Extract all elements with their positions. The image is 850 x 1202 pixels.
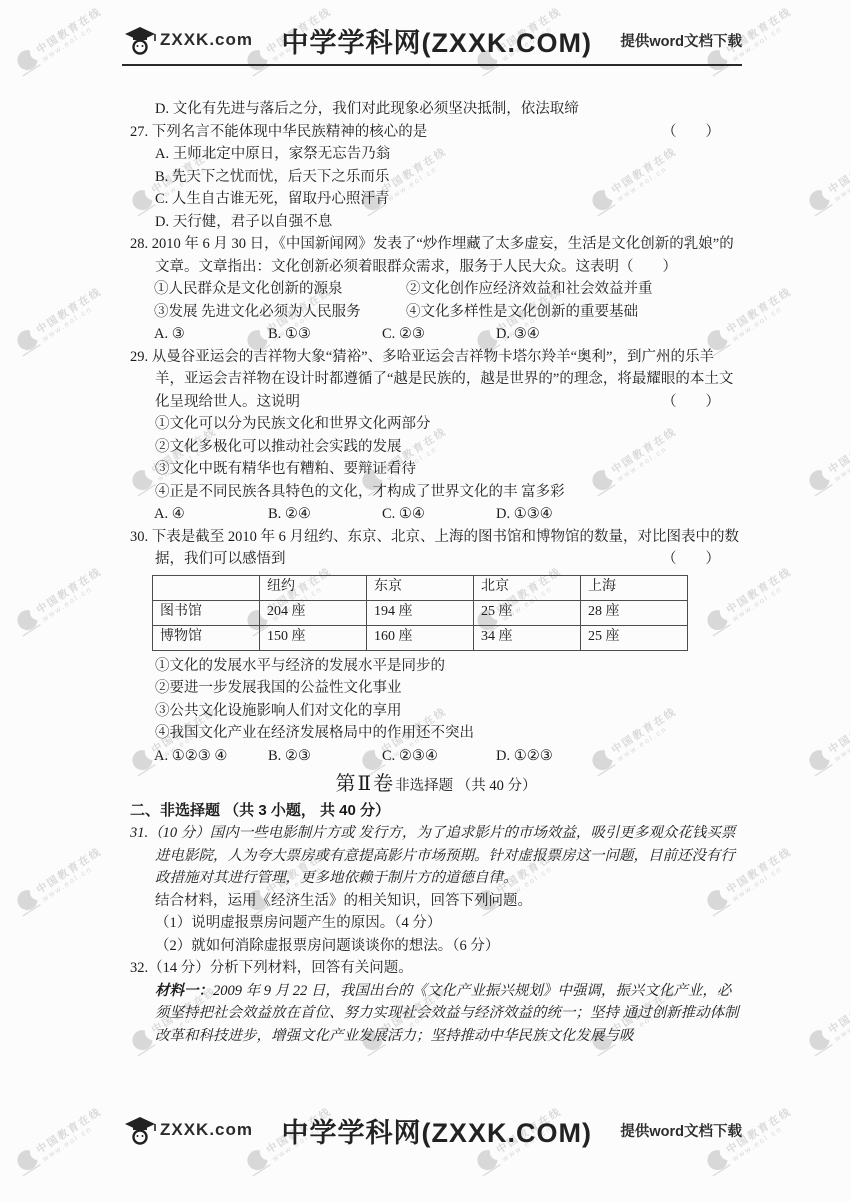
q30-answer-bracket: （ ） (662, 548, 720, 571)
watermark-brand-text: 中国教育在线 (827, 426, 850, 476)
eol-watermark: 中国教育在线www.eol.cn (802, 982, 850, 1058)
q30-answers: A. ①②③ ④ B. ②③ C. ②③④ D. ①②③ (130, 745, 742, 768)
q27-stem: 27. 下列名言不能体现中华民族精神的核心的是（ ） (130, 121, 742, 144)
library-museum-table: 纽约 东京 北京 上海 图书馆 204 座 194 座 25 座 28 座 博物… (152, 575, 688, 651)
eol-watermark: 中国教育在线www.eol.cn (10, 1102, 109, 1178)
table-cell: 150 座 (260, 625, 367, 650)
graduation-cap-icon (122, 1114, 158, 1146)
watermark-url-text: www.eol.cn (833, 996, 850, 1043)
site-title-footer: 中学学科网(ZXXK.COM) (253, 1111, 620, 1150)
zxxk-logo-text: ZXXK.com (160, 30, 253, 50)
table-cell: 25 座 (581, 625, 688, 650)
q31-paragraph: 31.（10 分）国内一些电影制片方或 发行方，为了追求影片的市场效益，吸引更多… (130, 822, 742, 890)
q28-item-4: ④文化多样性是文化创新的重要基础 (406, 301, 742, 324)
q28-items-row-1: ①人民群众是文化创新的源泉 ②文化创作应经济效益和社会效益并重 (130, 278, 742, 301)
q30-item-4: ④我国文化产业在经济发展格局中的作用还不突出 (130, 722, 742, 745)
watermark-url-text: www.eol.cn (41, 856, 108, 903)
q29-answer-b: B. ②④ (268, 503, 382, 526)
table-cell: 204 座 (260, 600, 367, 625)
table-header-cell: 纽约 (260, 575, 367, 600)
q28-answers: A. ③ B. ①③ C. ②③ D. ③④ (130, 323, 742, 346)
q30-stem: 30. 下表是截至 2010 年 6 月纽约、东京、北京、上海的图书馆和博物馆的… (130, 526, 742, 571)
watermark-brand-text: 中国教育在线 (35, 846, 104, 896)
table-row: 博物馆 150 座 160 座 34 座 25 座 (153, 625, 688, 650)
eol-watermark: 中国教育在线www.eol.cn (802, 142, 850, 218)
q28-answer-c: C. ②③ (382, 323, 496, 346)
q29-answers: A. ④ B. ②④ C. ①④ D. ①③④ (130, 503, 742, 526)
q27-answer-bracket: （ ） (662, 121, 720, 144)
watermark-url-text: www.eol.cn (833, 436, 850, 483)
page-header: ZXXK.com 中学学科网(ZXXK.COM) 提供word文档下载 (122, 16, 742, 66)
table-cell: 博物馆 (153, 625, 260, 650)
q27-option-b: B. 先天下之忧而忧，后天下之乐而乐 (130, 166, 742, 189)
site-title: 中学学科网(ZXXK.COM) (253, 21, 620, 60)
eol-watermark: 中国教育在线www.eol.cn (10, 2, 109, 78)
zxxk-logo-footer: ZXXK.com (122, 1114, 253, 1146)
table-cell: 194 座 (367, 600, 474, 625)
eol-logo-icon (10, 325, 43, 358)
q29-answer-d: D. ①③④ (496, 503, 553, 526)
graduation-cap-icon (122, 24, 158, 56)
q32-stem: 32.（14 分）分析下列材料，回答有关问题。 (130, 957, 742, 980)
q27-option-d: D. 天行健，君子以自强不息 (130, 211, 742, 234)
zxxk-logo-text: ZXXK.com (160, 1120, 253, 1140)
section2-subheading: 二、非选择题 （共 3 小题， 共 40 分） (130, 800, 742, 823)
eol-logo-icon (802, 745, 835, 778)
watermark-brand-text: 中国教育在线 (827, 706, 850, 756)
q27-option-c: C. 人生自古谁无死，留取丹心照汗青 (130, 188, 742, 211)
table-cell: 25 座 (474, 600, 581, 625)
table-cell: 图书馆 (153, 600, 260, 625)
q29-answer-bracket: （ ） (662, 391, 720, 414)
table-header-cell: 东京 (367, 575, 474, 600)
watermark-url-text: www.eol.cn (41, 16, 108, 63)
watermark-url-text: www.eol.cn (41, 576, 108, 623)
eol-watermark: 中国教育在线www.eol.cn (802, 422, 850, 498)
eol-watermark: 中国教育在线www.eol.cn (10, 562, 109, 638)
q28-stem: 28. 2010 年 6 月 30 日，《中国新闻网》发表了“炒作埋藏了太多虚妄… (130, 233, 742, 278)
q29-item-3: ③文化中既有精华也有糟粕、要辩证看待 (130, 458, 742, 481)
q30-item-1: ①文化的发展水平与经济的发展水平是同步的 (130, 655, 742, 678)
eol-watermark: 中国教育在线www.eol.cn (802, 702, 850, 778)
watermark-brand-text: 中国教育在线 (35, 6, 104, 56)
table-cell: 160 座 (367, 625, 474, 650)
exam-content: D. 文化有先进与落后之分，我们对此现象必须坚决抵制，依法取缔 27. 下列名言… (130, 98, 742, 1104)
exam-page: 中国教育在线www.eol.cn中国教育在线www.eol.cn中国教育在线ww… (0, 0, 850, 1202)
section2-title: 第Ⅱ卷 (336, 773, 396, 795)
q29-answer-a: A. ④ (154, 503, 268, 526)
q28-answer-b: B. ①③ (268, 323, 382, 346)
q28-items-row-2: ③发展 先进文化必须为人民服务 ④文化多样性是文化创新的重要基础 (130, 301, 742, 324)
material-1-label: 材料一： (155, 983, 213, 999)
q30-answer-c: C. ②③④ (382, 745, 496, 768)
q29-stem: 29. 从曼谷亚运会的吉祥物大象“猜裕”、多哈亚运会吉祥物卡塔尔羚羊“奥利”，到… (130, 346, 742, 414)
q31-subquestion-1: （1）说明虚报票房问题产生的原因。（4 分） (130, 912, 742, 935)
eol-logo-icon (10, 605, 43, 638)
q29-item-4: ④正是不同民族各具特色的文化，才构成了世界文化的丰 富多彩 (130, 481, 742, 504)
eol-logo-icon (10, 45, 43, 78)
eol-logo-icon (802, 185, 835, 218)
material-1-text: 2009 年 9 月 22 日，我国出台的《文化产业振兴规划》中强调，振兴文化产… (155, 983, 739, 1044)
section2-title-sub: 非选择题 （共 40 分） (395, 778, 536, 794)
watermark-brand-text: 中国教育在线 (35, 286, 104, 336)
q27-option-a: A. 王师北定中原日，家祭无忘告乃翁 (130, 143, 742, 166)
download-hint: 提供word文档下载 (620, 30, 742, 51)
table-header-cell (153, 575, 260, 600)
watermark-url-text: www.eol.cn (833, 716, 850, 763)
q28-item-2: ②文化创作应经济效益和社会效益并重 (406, 278, 742, 301)
table-header-cell: 上海 (581, 575, 688, 600)
eol-logo-icon (10, 1145, 43, 1178)
table-cell: 28 座 (581, 600, 688, 625)
q28-item-1: ①人民群众是文化创新的源泉 (154, 278, 406, 301)
q30-answer-b: B. ②③ (268, 745, 382, 768)
watermark-url-text: www.eol.cn (41, 296, 108, 343)
zxxk-logo: ZXXK.com (122, 24, 253, 56)
q31-subquestion-2: （2）就如何消除虚报票房问题谈谈你的想法。（6 分） (130, 935, 742, 958)
q31-instruction: 结合材料，运用《经济生活》的相关知识，回答下列问题。 (130, 890, 742, 913)
q30-item-2: ②要进一步发展我国的公益性文化事业 (130, 677, 742, 700)
watermark-brand-text: 中国教育在线 (35, 1106, 104, 1156)
table-cell: 34 座 (474, 625, 581, 650)
q28-answer-a: A. ③ (154, 323, 268, 346)
q26-option-d: D. 文化有先进与落后之分，我们对此现象必须坚决抵制，依法取缔 (130, 98, 742, 121)
page-footer: ZXXK.com 中学学科网(ZXXK.COM) 提供word文档下载 (122, 1106, 742, 1154)
eol-logo-icon (802, 1025, 835, 1058)
q30-item-3: ③公共文化设施影响人们对文化的享用 (130, 700, 742, 723)
watermark-brand-text: 中国教育在线 (827, 986, 850, 1036)
q30-answer-a: A. ①②③ ④ (154, 745, 268, 768)
table-header-row: 纽约 东京 北京 上海 (153, 575, 688, 600)
q28-answer-d: D. ③④ (496, 323, 540, 346)
q29-answer-c: C. ①④ (382, 503, 496, 526)
watermark-brand-text: 中国教育在线 (827, 146, 850, 196)
watermark-url-text: www.eol.cn (833, 156, 850, 203)
q28-item-3: ③发展 先进文化必须为人民服务 (154, 301, 406, 324)
table-row: 图书馆 204 座 194 座 25 座 28 座 (153, 600, 688, 625)
download-hint-footer: 提供word文档下载 (620, 1120, 742, 1141)
table-header-cell: 北京 (474, 575, 581, 600)
q29-item-2: ②文化多极化可以推动社会实践的发展 (130, 436, 742, 459)
q29-item-1: ①文化可以分为民族文化和世界文化两部分 (130, 413, 742, 436)
section2-heading: 第Ⅱ卷非选择题 （共 40 分） (130, 773, 742, 798)
eol-watermark: 中国教育在线www.eol.cn (10, 842, 109, 918)
eol-logo-icon (10, 885, 43, 918)
eol-logo-icon (802, 465, 835, 498)
eol-watermark: 中国教育在线www.eol.cn (10, 282, 109, 358)
watermark-brand-text: 中国教育在线 (35, 566, 104, 616)
q32-material-1: 材料一：2009 年 9 月 22 日，我国出台的《文化产业振兴规划》中强调，振… (130, 980, 742, 1048)
watermark-url-text: www.eol.cn (41, 1116, 108, 1163)
q30-answer-d: D. ①②③ (496, 745, 553, 768)
